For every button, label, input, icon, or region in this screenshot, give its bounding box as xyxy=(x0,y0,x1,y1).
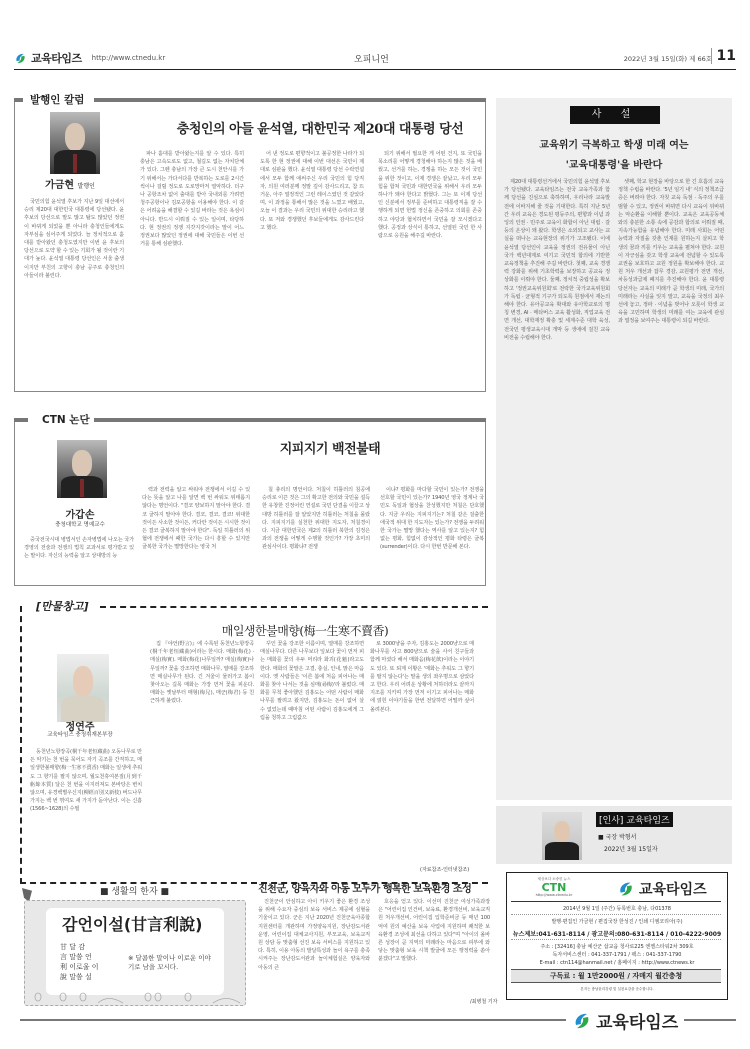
issue-date: 2022년 3월 15일(화) 제 66호 xyxy=(624,54,712,63)
author-role: 충청대학교 명예교수 xyxy=(30,520,130,528)
email-info[interactable]: E-mail : ctn114@hanmail.net / 홈페이지 : htt… xyxy=(507,959,727,966)
divider xyxy=(511,901,721,902)
author-name: 가금현 xyxy=(45,180,74,191)
article-column: 되기 위해서 필요한 게 어떤 건지, 또 국민을 목소리를 어떻게 경청해야 … xyxy=(378,150,482,386)
divider xyxy=(511,914,721,915)
registration-info: 2014년 9월 1일 (주간) 등록번호 충남, 다01378 xyxy=(507,905,727,912)
hanja-title: 감언이설(甘言利說) xyxy=(62,912,202,935)
staff-info: 발행·편집인 가금현 / 편집국장 한성진 / 인쇄 디엠코리아(주) xyxy=(507,918,727,925)
source-note: (자료참조-인터넷참조) xyxy=(420,866,469,873)
section-name: 오피니언 xyxy=(354,52,389,65)
article-column: 어 낸 정도로 편향적이고 불공정한 나라가 되도록 한 현 정권에 대해 이번… xyxy=(260,150,364,386)
author-byline: 가금현 발행인 xyxy=(20,176,120,191)
footer-logo: 교육타임즈 xyxy=(566,1008,684,1033)
article-column: 로 3000냥을 주자, 김홍도는 2000냥으로 매화나무를 사고 800냥으… xyxy=(370,640,474,866)
brand-logo: 교육타임즈 xyxy=(617,879,707,899)
article-column: 동천년노항장곡(桐千年老恒藏曲) 오동나무로 만든 악기는 천 번을 묵어도 자… xyxy=(30,748,142,868)
editorial-title-line2: '교육대통령'을 바란다 xyxy=(496,156,732,171)
brand-logo-icon xyxy=(572,1011,592,1031)
contact-info: 뉴스제보:041-631-8114 / 광고문의:080-631-8114 / … xyxy=(507,929,727,938)
article-column: 진천군이 안심하고 아이 키우기 좋은 환경 조성을 위해 수요자 중심의 보육… xyxy=(258,898,370,1004)
section-rule xyxy=(100,606,488,608)
editorial-box: 사 설 교육위기 극복하고 학생 미래 여는 '교육대통령'을 바란다 제20대… xyxy=(496,98,732,800)
author-photo xyxy=(50,112,100,174)
author-photo xyxy=(57,440,107,498)
editorial-title-line1: 교육위기 극복하고 학생 미래 여는 xyxy=(496,136,732,151)
notice-title: [인사] 교육타임즈 xyxy=(596,812,673,827)
brand-logo-icon xyxy=(617,880,635,898)
decorative-trees-icon xyxy=(28,992,244,1004)
page-number: 11 xyxy=(711,48,736,64)
ctn-column-headline: 지피지기 백전불태 xyxy=(220,438,440,457)
hanja-corner-label: ■ 생활의 한자 ■ xyxy=(100,884,169,897)
author-role: 발행인 xyxy=(78,183,95,190)
article-column: 파나 홀대를 받아왔는지를 알 수 있다. 특히 충남은 고속도로도 없고, 철… xyxy=(140,150,244,386)
author-name: 가갑손 xyxy=(30,506,130,521)
article-column: 집 『야언(野言)』에 수록된 동천년노항장곡(桐千年老恒藏曲)이라는 한시다.… xyxy=(150,640,254,876)
brand-logo-icon xyxy=(14,52,27,65)
hanja-glossary: 甘 달 감 言 말씀 언 利 이로울 이 說 말씀 설 xyxy=(60,942,99,982)
footnote: 본지는 충남윤리강령 및 실천요강을 준수합니다. xyxy=(507,987,727,992)
header-url[interactable]: http://www.ctnedu.kr xyxy=(92,54,166,62)
reporter-name: /최병철 기자 xyxy=(470,998,497,1005)
article-column: 셋째, 학교 현장을 바탕으로 한 긴 호흡의 교육정책 수립을 바란다. '5… xyxy=(618,178,724,790)
address-info: 주소 : [32416] 충남 예산군 삽교읍 청사로225 엔젤스타워2차 3… xyxy=(507,943,727,950)
publication-info-box: 세상보다 소중한 뉴스 CTN http://www.ctnedu.kr 교육타… xyxy=(506,872,728,1000)
author-photo xyxy=(57,654,109,722)
hanja-card: 감언이설(甘言利說) 甘 달 감 言 말씀 언 利 이로울 이 說 말씀 설 ※… xyxy=(46,908,224,995)
editorial-badge: 사 설 xyxy=(570,106,660,124)
header-brand: 교육타임즈 xyxy=(31,50,82,66)
footer-brand: 교육타임즈 xyxy=(596,1008,678,1033)
reader-service-info: 독자서비스센터 : 041-337-1791 / 팩스 : 041-337-17… xyxy=(507,951,727,958)
article-column: 제20대 대통령선거에서 국민의힘 윤석열 후보가 당선됐다. 교육타임즈는 전… xyxy=(504,178,610,790)
divider xyxy=(511,939,721,940)
jincheon-headline: 진천군, 양육자와 아동 모두가 행복한 보육환경 조성 xyxy=(258,880,498,895)
personnel-notice: [인사] 교육타임즈 ■ 국장 박형서 2022년 3월 15일자 xyxy=(496,806,732,864)
header-logo[interactable]: 교육타임즈 http://www.ctnedu.kr xyxy=(14,50,165,66)
article-column: 꾸인 꽃을 강조한 이름이며, 열매를 강조하면 매실나무다. 다른 나무보다 … xyxy=(260,640,364,876)
reader-contribution-label: [만물창고] xyxy=(32,598,93,614)
article-column: 국민의힘 윤석열 후보가 지난 9일 대선에서 승리 제20대 대한민국 대통령… xyxy=(24,198,124,386)
page-header: 교육타임즈 http://www.ctnedu.kr 오피니언 2022년 3월… xyxy=(14,48,736,70)
hanja-meaning: ※ 달콤한 말이나 이로운 이야기로 남을 꼬시다. xyxy=(128,954,216,972)
subscription-info: 구독료 : 월 1만2000원 / 자매지 월간충청 xyxy=(511,969,721,983)
notice-photo xyxy=(542,812,582,860)
article-column: 이냐? 평화를 마다할 국민이 있는가? 전쟁을 선호할 국민이 있는가? 19… xyxy=(380,486,484,582)
article-column: 중국전국시대 병법서인 손자병법에 나오는 국가경영의 전술과 전쟁의 법칙 교… xyxy=(24,536,134,582)
article-column: 력과 전력을 알고 싸워야 전쟁에서 이길 수 있다는 뜻을 알고 나를 알면 … xyxy=(142,486,250,582)
article-column: 칠 총리의 명언이다. 처칠이 히틀러의 침공에 승리로 이끈 것은 그의 확고… xyxy=(262,486,370,582)
notice-date: 2022년 3월 15일자 xyxy=(604,844,658,853)
reader-contribution-headline: 매일생한불매향(梅一生寒不賣香) xyxy=(160,622,450,639)
article-column: 호응을 얻고 있다. 이선미 진천군 여성가족과장은 "어린이집 인건비, 보육… xyxy=(378,898,490,998)
publisher-column-headline: 충청인의 아들 윤석열, 대한민국 제20대 대통령 당선 xyxy=(165,118,475,137)
author-role: 교육타임즈 충청취재본부장 xyxy=(30,730,130,738)
ctn-logo: 세상보다 소중한 뉴스 CTN http://www.ctnedu.kr xyxy=(529,877,579,897)
notice-item: ■ 국장 박형서 xyxy=(598,832,636,841)
